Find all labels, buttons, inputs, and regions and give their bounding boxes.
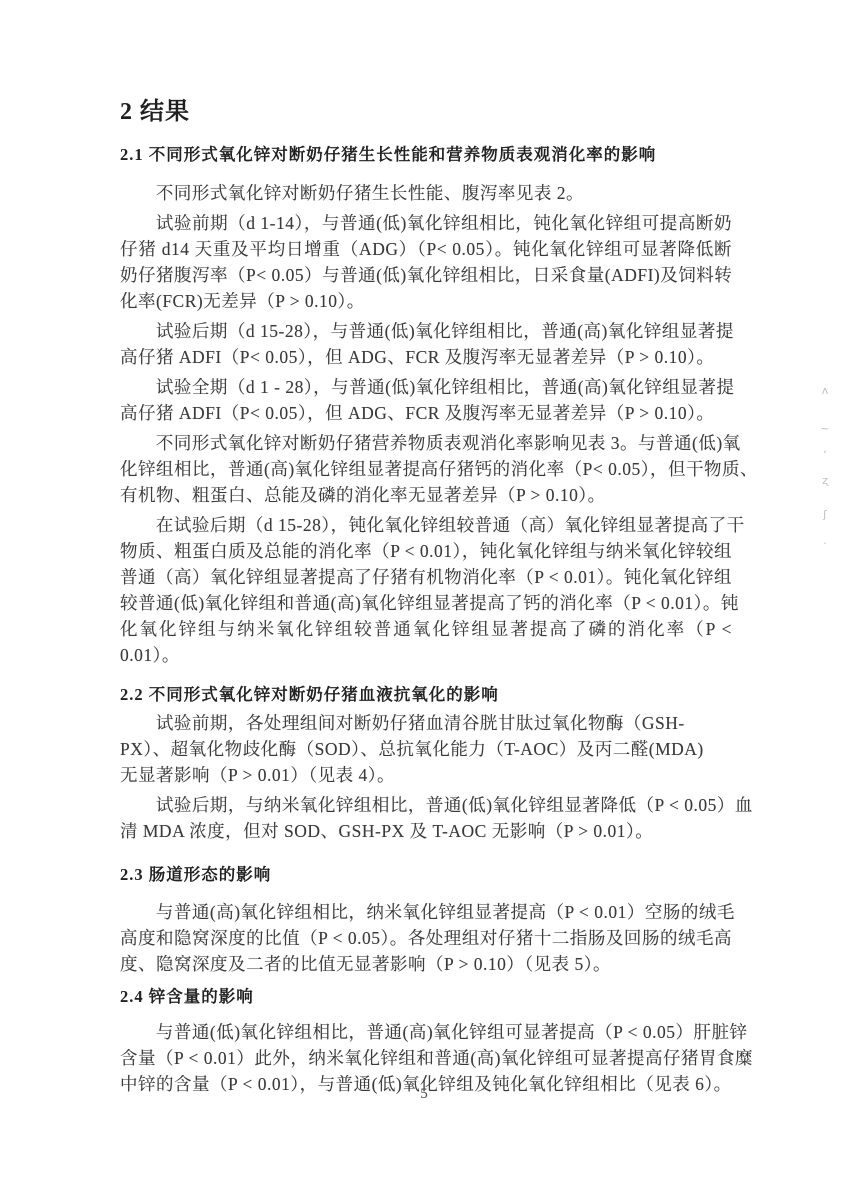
paragraph: 不同形式氧化锌对断奶仔猪生长性能、腹泻率见表 2。	[120, 180, 732, 206]
section-heading-2-4: 2.4 锌含量的影响	[120, 986, 732, 1008]
paragraph: 试验后期，与纳米氧化锌组相比，普通(低)氧化锌组显著降低（P < 0.05）血清…	[120, 792, 732, 844]
text-line: 度、隐窝深度及二者的比值无显著影响（P > 0.10）（见表 5）。	[120, 951, 732, 977]
text-line: 高仔猪 ADFI（P< 0.05），但 ADG、FCR 及腹泻率无显著差异（P …	[120, 400, 732, 426]
paragraph: 不同形式氧化锌对断奶仔猪营养物质表观消化率影响见表 3。与普通(低)氧化锌组相比…	[120, 430, 732, 508]
text-line: 物质、粗蛋白质及总能的消化率（P < 0.01），钝化氧化锌组与纳米氧化锌较组	[120, 538, 732, 564]
text-line: 较普通(低)氧化锌组和普通(高)氧化锌组显著提高了钙的消化率（P < 0.01）…	[120, 590, 732, 616]
text-line: 化率(FCR)无差异（P > 0.10）。	[120, 288, 732, 314]
text-line: 试验前期，各处理组间对断奶仔猪血清谷胱甘肽过氧化物酶（GSH-	[120, 710, 732, 736]
section-heading-2-1: 2.1 不同形式氧化锌对断奶仔猪生长性能和营养物质表观消化率的影响	[120, 144, 732, 166]
text-line: 奶仔猪腹泻率（P< 0.05）与普通(低)氧化锌组相比，日采食量(ADFI)及饲…	[120, 262, 732, 288]
text-line: 有机物、粗蛋白、总能及磷的消化率无显著差异（P > 0.10）。	[120, 482, 732, 508]
text-line: 试验全期（d 1 - 28），与普通(低)氧化锌组相比，普通(高)氧化锌组显著提	[120, 374, 732, 400]
text-line: 试验后期，与纳米氧化锌组相比，普通(低)氧化锌组显著降低（P < 0.05）血	[120, 792, 732, 818]
paragraph: 与普通(高)氧化锌组相比，纳米氧化锌组显著提高（P < 0.01）空肠的绒毛高度…	[120, 899, 732, 977]
text-line: 试验前期（d 1-14），与普通(低)氧化锌组相比，钝化氧化锌组可提高断奶	[120, 210, 732, 236]
text-line: 不同形式氧化锌对断奶仔猪生长性能、腹泻率见表 2。	[120, 180, 732, 206]
section-heading-2-3: 2.3 肠道形态的影响	[120, 864, 732, 886]
text-line: 化氧化锌组与纳米氧化锌组较普通氧化锌组显著提高了磷的消化率（P < 0.01）。	[120, 616, 732, 668]
text-line: 化锌组相比，普通(高)氧化锌组显著提高仔猪钙的消化率（P< 0.05），但干物质…	[120, 456, 732, 482]
text-line: 不同形式氧化锌对断奶仔猪营养物质表观消化率影响见表 3。与普通(低)氧	[120, 430, 732, 456]
bleedthrough-mark: ʐ	[814, 468, 836, 494]
section-heading-2-2: 2.2 不同形式氧化锌对断奶仔猪血液抗氧化的影响	[120, 684, 732, 706]
paragraph: 试验前期（d 1-14），与普通(低)氧化锌组相比，钝化氧化锌组可提高断奶仔猪 …	[120, 210, 732, 314]
bleedthrough-mark: ʻ	[814, 442, 836, 468]
text-line: 仔猪 d14 天重及平均日增重（ADG）（P< 0.05）。钝化氧化锌组可显著降…	[120, 236, 732, 262]
text-line: 与普通(低)氧化锌组相比，普通(高)氧化锌组可显著提高（P < 0.05）肝脏锌	[120, 1019, 732, 1045]
margin-bleedthrough-marks: ʌ~ʻʐʃ.	[814, 378, 836, 554]
paragraph: 试验前期，各处理组间对断奶仔猪血清谷胱甘肽过氧化物酶（GSH-PX）、超氧化物歧…	[120, 710, 732, 788]
text-line: 在试验后期（d 15-28），钝化氧化锌组较普通（高）氧化锌组显著提高了干	[120, 512, 732, 538]
text-line: 与普通(高)氧化锌组相比，纳米氧化锌组显著提高（P < 0.01）空肠的绒毛	[120, 899, 732, 925]
page-title: 2 结果	[120, 98, 732, 126]
text-line: 清 MDA 浓度，但对 SOD、GSH-PX 及 T-AOC 无影响（P > 0…	[120, 818, 732, 844]
page-content: 2 结果 2.1 不同形式氧化锌对断奶仔猪生长性能和营养物质表观消化率的影响 不…	[120, 98, 732, 1101]
text-line: 含量（P < 0.01）此外，纳米氧化锌组和普通(高)氧化锌组可显著提高仔猪胃食…	[120, 1045, 732, 1071]
paragraph: 试验后期（d 15-28），与普通(低)氧化锌组相比，普通(高)氧化锌组显著提高…	[120, 318, 732, 370]
text-line: 高度和隐窝深度的比值（P < 0.05）。各处理组对仔猪十二指肠及回肠的绒毛高	[120, 925, 732, 951]
text-line: PX）、超氧化物歧化酶（SOD）、总抗氧化能力（T-AOC）及丙二醛(MDA)	[120, 736, 732, 762]
text-line: 普通（高）氧化锌组显著提高了仔猪有机物消化率（P < 0.01）。钝化氧化锌组	[120, 564, 732, 590]
paragraph: 在试验后期（d 15-28），钝化氧化锌组较普通（高）氧化锌组显著提高了干物质、…	[120, 512, 732, 668]
paragraph: 试验全期（d 1 - 28），与普通(低)氧化锌组相比，普通(高)氧化锌组显著提…	[120, 374, 732, 426]
bleedthrough-mark: ~	[814, 416, 836, 442]
text-line: 试验后期（d 15-28），与普通(低)氧化锌组相比，普通(高)氧化锌组显著提	[120, 318, 732, 344]
bleedthrough-mark: ʌ	[814, 378, 836, 404]
bleedthrough-mark: ʃ	[814, 502, 836, 528]
text-line: 无显著影响（P > 0.01）（见表 4）。	[120, 762, 732, 788]
page-number: 5	[0, 1086, 848, 1103]
scanned-document-page: 2 结果 2.1 不同形式氧化锌对断奶仔猪生长性能和营养物质表观消化率的影响 不…	[0, 0, 848, 1200]
text-line: 高仔猪 ADFI（P< 0.05），但 ADG、FCR 及腹泻率无显著差异（P …	[120, 344, 732, 370]
bleedthrough-mark: .	[814, 528, 836, 554]
